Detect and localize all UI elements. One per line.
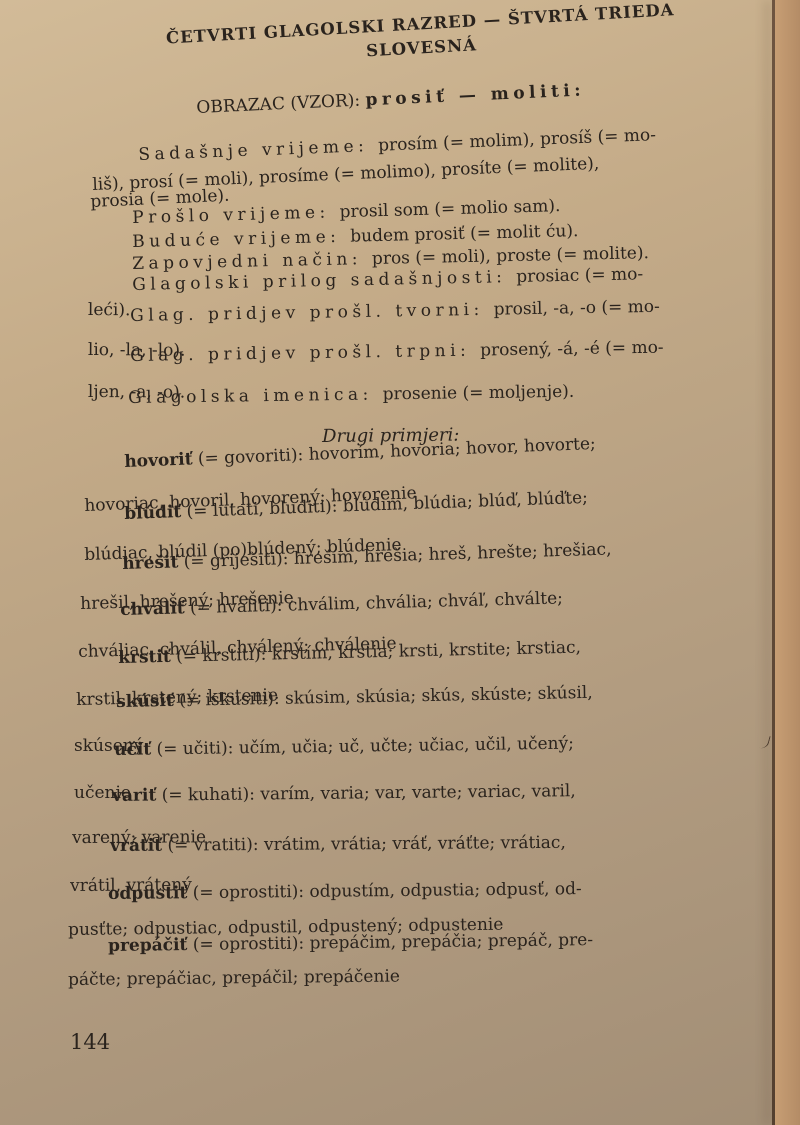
obrazac-value: prosiť — moliti: bbox=[365, 80, 585, 110]
example-line: vrátiť (= vratiti): vrátim, vrátia; vráť… bbox=[110, 833, 566, 856]
pencil-mark bbox=[758, 734, 770, 750]
chapter-heading: ČETVRTI GLAGOLSKI RAZRED — ŠTVRTÁ TRIEDA… bbox=[140, 0, 702, 76]
example-line: učiť (= učiti): učím, učia; uč, učte; uč… bbox=[114, 734, 574, 760]
paradigm-line: leći). bbox=[88, 300, 131, 320]
obrazac-line: OBRAZAC (VZOR): prosiť — moliti: bbox=[196, 80, 585, 118]
adjacent-page-edge bbox=[775, 0, 800, 1125]
obrazac-label: OBRAZAC (VZOR): bbox=[196, 90, 366, 118]
paradigm-line: Glagolska imenica: prosenie (= moljenje)… bbox=[128, 382, 574, 408]
paradigm-line: Glag. pridjev prošl. trpni: prosený, -á,… bbox=[130, 338, 664, 366]
example-line: páčte; prepáčiac, prepáčil; prepáčenie bbox=[68, 967, 400, 990]
example-line: variť (= kuhati): varím, varia; var, var… bbox=[112, 781, 576, 806]
example-line: odpustiť (= oprostiti): odpustím, odpust… bbox=[108, 879, 582, 904]
book-page: ČETVRTI GLAGOLSKI RAZRED — ŠTVRTÁ TRIEDA… bbox=[0, 0, 772, 1125]
page-number: 144 bbox=[70, 1030, 110, 1054]
paradigm-line: Glag. pridjev prošl. tvorni: prosil, -a,… bbox=[130, 297, 660, 326]
